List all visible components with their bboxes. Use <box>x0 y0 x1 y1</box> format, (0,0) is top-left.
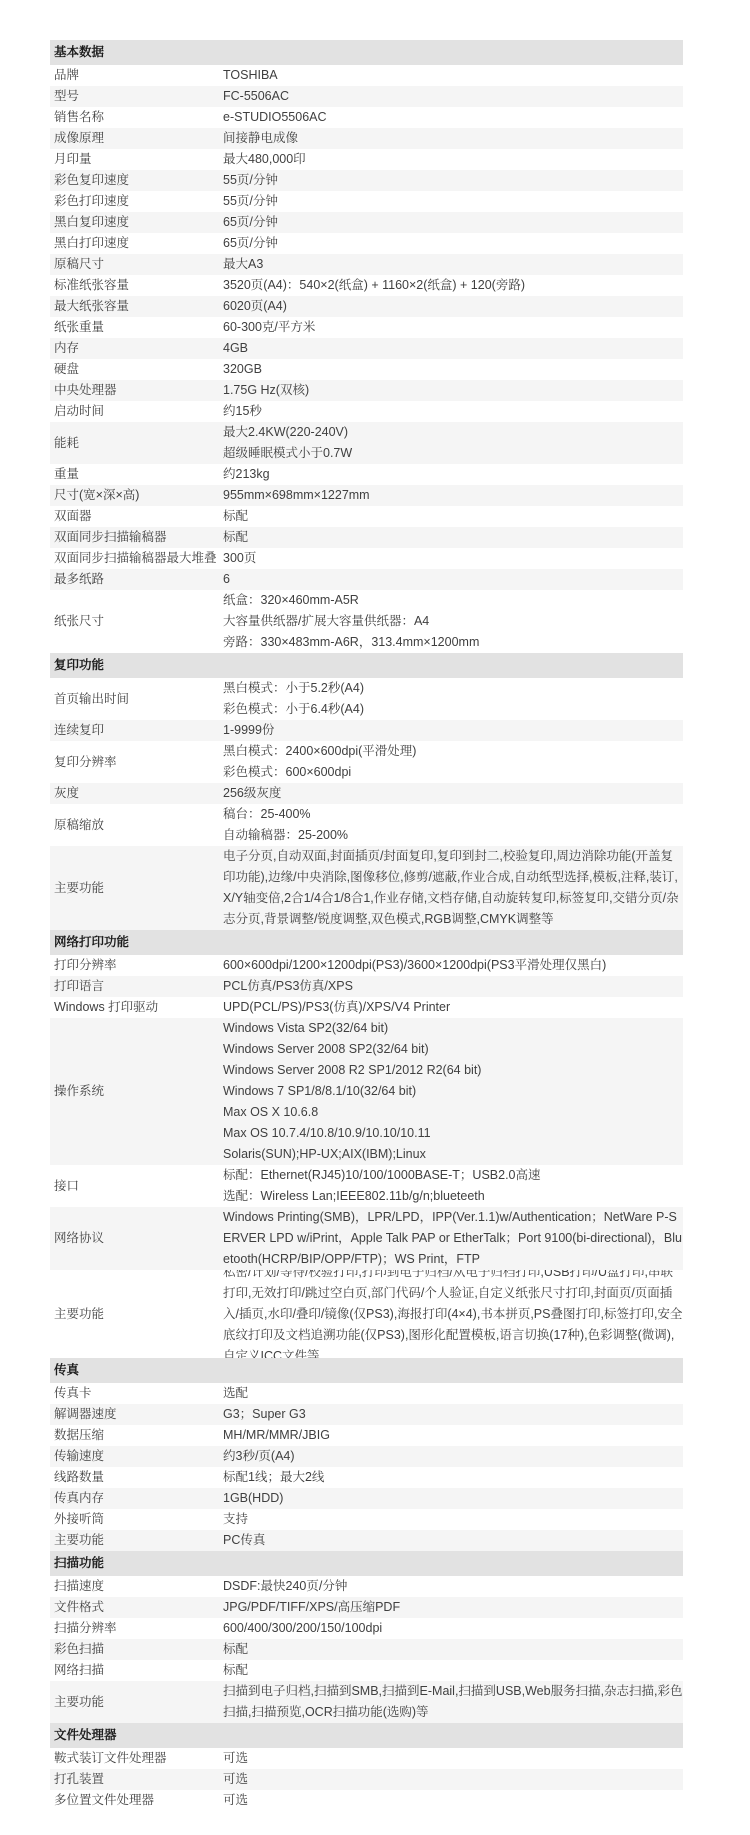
spec-row: 纸张尺寸 纸盒：320×460mm-A5R大容量供纸器/扩展大容量供纸器：A4旁… <box>50 590 683 653</box>
spec-row: 能耗 最大2.4KW(220-240V)超级睡眠模式小于0.7W <box>50 422 683 464</box>
spec-value-line: 标配1线；最大2线 <box>223 1467 683 1488</box>
spec-value-line: 最大480,000印 <box>223 149 683 170</box>
spec-value: 标配 <box>223 506 683 527</box>
spec-row: 打印语言 PCL仿真/PS3仿真/XPS <box>50 976 683 997</box>
spec-value: 55页/分钟 <box>223 191 683 212</box>
spec-value-line: UPD(PCL/PS)/PS3(仿真)/XPS/V4 Printer <box>223 997 683 1018</box>
spec-value: 标配 <box>223 1639 683 1660</box>
spec-value: 黑白模式：2400×600dpi(平滑处理)彩色模式：600×600dpi <box>223 741 683 783</box>
spec-value: 私密/计划/等待/校验打印,打印到电子归档/从电子归档打印,USB打印/U盘打印… <box>223 1270 683 1358</box>
spec-row: 连续复印 1-9999份 <box>50 720 683 741</box>
spec-row: 外接听筒 支持 <box>50 1509 683 1530</box>
spec-value: 可选 <box>223 1769 683 1790</box>
spec-row: 销售名称 e-STUDIO5506AC <box>50 107 683 128</box>
spec-label: 中央处理器 <box>50 380 223 401</box>
spec-value-line: 标配 <box>223 527 683 548</box>
section-rows: 打印分辨率 600×600dpi/1200×1200dpi(PS3)/3600×… <box>50 955 683 1358</box>
spec-value-line: PC传真 <box>223 1530 683 1551</box>
spec-value-line: 55页/分钟 <box>223 170 683 191</box>
spec-label: 型号 <box>50 86 223 107</box>
spec-row: 双面器 标配 <box>50 506 683 527</box>
spec-label: 主要功能 <box>50 846 223 930</box>
spec-row: 文件格式 JPG/PDF/TIFF/XPS/高压缩PDF <box>50 1597 683 1618</box>
spec-section: 复印功能 首页输出时间 黑白模式：小于5.2秒(A4)彩色模式：小于6.4秒(A… <box>50 653 683 930</box>
spec-label: 数据压缩 <box>50 1425 223 1446</box>
section-rows: 鞍式装订文件处理器 可选 打孔装置 可选 多位置文件处理器 可选 <box>50 1748 683 1811</box>
spec-value-line: 间接静电成像 <box>223 128 683 149</box>
spec-label: 文件格式 <box>50 1597 223 1618</box>
spec-row: 灰度 256级灰度 <box>50 783 683 804</box>
spec-row: 数据压缩 MH/MR/MMR/JBIG <box>50 1425 683 1446</box>
spec-row: 月印量 最大480,000印 <box>50 149 683 170</box>
spec-value: 65页/分钟 <box>223 212 683 233</box>
spec-label: 扫描分辨率 <box>50 1618 223 1639</box>
spec-row: 多位置文件处理器 可选 <box>50 1790 683 1811</box>
spec-row: 彩色打印速度 55页/分钟 <box>50 191 683 212</box>
spec-value-line: 纸盒：320×460mm-A5R <box>223 590 683 611</box>
spec-label: 扫描速度 <box>50 1576 223 1597</box>
spec-label: 传真卡 <box>50 1383 223 1404</box>
spec-value-line: FC-5506AC <box>223 86 683 107</box>
spec-label: 标准纸张容量 <box>50 275 223 296</box>
section-header: 文件处理器 <box>50 1723 683 1748</box>
section-title: 传真 <box>54 1363 79 1377</box>
spec-label: 打孔装置 <box>50 1769 223 1790</box>
spec-value: 300页 <box>223 548 683 569</box>
spec-value: 支持 <box>223 1509 683 1530</box>
spec-label: 灰度 <box>50 783 223 804</box>
spec-value-line: 65页/分钟 <box>223 233 683 254</box>
spec-value-line: 1-9999份 <box>223 720 683 741</box>
spec-row: 原稿缩放 稿台：25-400%自动输稿器：25-200% <box>50 804 683 846</box>
spec-row: 扫描速度 DSDF:最快240页/分钟 <box>50 1576 683 1597</box>
spec-value: 约15秒 <box>223 401 683 422</box>
spec-row: 双面同步扫描输稿器最大堆叠 300页 <box>50 548 683 569</box>
spec-row: 硬盘 320GB <box>50 359 683 380</box>
spec-value: 最大2.4KW(220-240V)超级睡眠模式小于0.7W <box>223 422 683 464</box>
spec-label: 外接听筒 <box>50 1509 223 1530</box>
spec-label: 黑白复印速度 <box>50 212 223 233</box>
spec-value: 4GB <box>223 338 683 359</box>
spec-value-line: 最大2.4KW(220-240V) <box>223 422 683 443</box>
spec-row: 网络扫描 标配 <box>50 1660 683 1681</box>
spec-label: 尺寸(宽×深×高) <box>50 485 223 506</box>
spec-value-line: 标配 <box>223 1660 683 1681</box>
spec-value-line: 约15秒 <box>223 401 683 422</box>
spec-value: 纸盒：320×460mm-A5R大容量供纸器/扩展大容量供纸器：A4旁路：330… <box>223 590 683 653</box>
spec-value: 选配 <box>223 1383 683 1404</box>
spec-value-line: 约3秒/页(A4) <box>223 1446 683 1467</box>
spec-value: MH/MR/MMR/JBIG <box>223 1425 683 1446</box>
spec-value: 55页/分钟 <box>223 170 683 191</box>
spec-value-line: 1.75G Hz(双核) <box>223 380 683 401</box>
spec-value-line: PCL仿真/PS3仿真/XPS <box>223 976 683 997</box>
spec-value-line: 可选 <box>223 1769 683 1790</box>
spec-label: 鞍式装订文件处理器 <box>50 1748 223 1769</box>
spec-row: 复印分辨率 黑白模式：2400×600dpi(平滑处理)彩色模式：600×600… <box>50 741 683 783</box>
spec-row: 打孔装置 可选 <box>50 1769 683 1790</box>
spec-label: 主要功能 <box>50 1530 223 1551</box>
spec-row: 彩色复印速度 55页/分钟 <box>50 170 683 191</box>
spec-value-line: 60-300克/平方米 <box>223 317 683 338</box>
spec-value-line: 标配：Ethernet(RJ45)10/100/1000BASE-T；USB2.… <box>223 1165 683 1186</box>
spec-row: 打印分辨率 600×600dpi/1200×1200dpi(PS3)/3600×… <box>50 955 683 976</box>
spec-value-line: 彩色模式：小于6.4秒(A4) <box>223 699 683 720</box>
spec-value: 320GB <box>223 359 683 380</box>
spec-value: 65页/分钟 <box>223 233 683 254</box>
spec-row: 传真卡 选配 <box>50 1383 683 1404</box>
spec-value-line: 选配 <box>223 1383 683 1404</box>
spec-label: 月印量 <box>50 149 223 170</box>
section-header: 复印功能 <box>50 653 683 678</box>
spec-value-line: 65页/分钟 <box>223 212 683 233</box>
spec-label: 操作系统 <box>50 1018 223 1165</box>
spec-value: 约213kg <box>223 464 683 485</box>
spec-section: 网络打印功能 打印分辨率 600×600dpi/1200×1200dpi(PS3… <box>50 930 683 1358</box>
spec-value: 约3秒/页(A4) <box>223 1446 683 1467</box>
spec-row: 双面同步扫描输稿器 标配 <box>50 527 683 548</box>
spec-value-line: Windows Vista SP2(32/64 bit) <box>223 1018 683 1039</box>
spec-row: 主要功能 PC传真 <box>50 1530 683 1551</box>
spec-value: TOSHIBA <box>223 65 683 86</box>
section-rows: 品牌 TOSHIBA 型号 FC-5506AC 销售名称 e-STUDIO550… <box>50 65 683 653</box>
spec-label: 接口 <box>50 1165 223 1207</box>
section-title: 扫描功能 <box>54 1556 104 1570</box>
spec-value-line: 3520页(A4)：540×2(纸盒) + 1160×2(纸盒) + 120(旁… <box>223 275 683 296</box>
spec-value-line: 300页 <box>223 548 683 569</box>
spec-value-line: Max OS X 10.6.8 <box>223 1102 683 1123</box>
spec-row: 成像原理 间接静电成像 <box>50 128 683 149</box>
spec-value: 电子分页,自动双面,封面插页/封面复印,复印到封二,校验复印,周边消除功能(开盖… <box>223 846 683 930</box>
spec-label: 打印分辨率 <box>50 955 223 976</box>
spec-value: 标配 <box>223 527 683 548</box>
section-title: 网络打印功能 <box>54 935 129 949</box>
spec-row: 尺寸(宽×深×高) 955mm×698mm×1227mm <box>50 485 683 506</box>
spec-row: 品牌 TOSHIBA <box>50 65 683 86</box>
spec-value: 标配1线；最大2线 <box>223 1467 683 1488</box>
spec-row: 内存 4GB <box>50 338 683 359</box>
spec-value: 6020页(A4) <box>223 296 683 317</box>
spec-row: 最大纸张容量 6020页(A4) <box>50 296 683 317</box>
spec-row: Windows 打印驱动 UPD(PCL/PS)/PS3(仿真)/XPS/V4 … <box>50 997 683 1018</box>
spec-label: 多位置文件处理器 <box>50 1790 223 1811</box>
spec-row: 中央处理器 1.75G Hz(双核) <box>50 380 683 401</box>
spec-label: 传真内存 <box>50 1488 223 1509</box>
spec-label: 启动时间 <box>50 401 223 422</box>
spec-value: 6 <box>223 569 683 590</box>
spec-value-line: 55页/分钟 <box>223 191 683 212</box>
spec-value-paragraph: Windows Printing(SMB)，LPR/LPD，IPP(Ver.1.… <box>223 1207 683 1270</box>
spec-value: 1GB(HDD) <box>223 1488 683 1509</box>
section-header: 传真 <box>50 1358 683 1383</box>
spec-value: PC传真 <box>223 1530 683 1551</box>
spec-label: 传输速度 <box>50 1446 223 1467</box>
spec-value-line: 600/400/300/200/150/100dpi <box>223 1618 683 1639</box>
spec-value-line: 6 <box>223 569 683 590</box>
spec-section: 基本数据 品牌 TOSHIBA 型号 FC-5506AC 销售名称 e-STUD… <box>50 40 683 653</box>
spec-value: 可选 <box>223 1790 683 1811</box>
section-header: 网络打印功能 <box>50 930 683 955</box>
spec-section: 传真 传真卡 选配 解调器速度 G3；Super G3 数据压缩 MH/MR/M… <box>50 1358 683 1551</box>
section-header: 扫描功能 <box>50 1551 683 1576</box>
spec-value-paragraph: 电子分页,自动双面,封面插页/封面复印,复印到封二,校验复印,周边消除功能(开盖… <box>223 846 683 930</box>
spec-label: 原稿尺寸 <box>50 254 223 275</box>
spec-row: 接口 标配：Ethernet(RJ45)10/100/1000BASE-T；US… <box>50 1165 683 1207</box>
spec-value: FC-5506AC <box>223 86 683 107</box>
spec-label: 彩色复印速度 <box>50 170 223 191</box>
spec-value-line: Windows 7 SP1/8/8.1/10(32/64 bit) <box>223 1081 683 1102</box>
spec-label: 线路数量 <box>50 1467 223 1488</box>
spec-value: 1.75G Hz(双核) <box>223 380 683 401</box>
spec-label: 最大纸张容量 <box>50 296 223 317</box>
spec-value: Windows Printing(SMB)，LPR/LPD，IPP(Ver.1.… <box>223 1207 683 1270</box>
spec-value-line: JPG/PDF/TIFF/XPS/高压缩PDF <box>223 1597 683 1618</box>
spec-value-line: Solaris(SUN);HP-UX;AIX(IBM);Linux <box>223 1144 683 1165</box>
spec-label: 硬盘 <box>50 359 223 380</box>
spec-label: 黑白打印速度 <box>50 233 223 254</box>
spec-label: 原稿缩放 <box>50 804 223 846</box>
spec-value-line: e-STUDIO5506AC <box>223 107 683 128</box>
spec-label: 彩色打印速度 <box>50 191 223 212</box>
spec-value: 256级灰度 <box>223 783 683 804</box>
spec-label: 品牌 <box>50 65 223 86</box>
spec-label: 解调器速度 <box>50 1404 223 1425</box>
spec-value: Windows Vista SP2(32/64 bit)Windows Serv… <box>223 1018 683 1165</box>
spec-value-line: 支持 <box>223 1509 683 1530</box>
section-rows: 首页输出时间 黑白模式：小于5.2秒(A4)彩色模式：小于6.4秒(A4) 连续… <box>50 678 683 930</box>
spec-value-line: 1GB(HDD) <box>223 1488 683 1509</box>
spec-row: 最多纸路 6 <box>50 569 683 590</box>
spec-value-line: MH/MR/MMR/JBIG <box>223 1425 683 1446</box>
spec-row: 操作系统 Windows Vista SP2(32/64 bit)Windows… <box>50 1018 683 1165</box>
spec-value-line: 可选 <box>223 1790 683 1811</box>
spec-value-line: 955mm×698mm×1227mm <box>223 485 683 506</box>
spec-value: JPG/PDF/TIFF/XPS/高压缩PDF <box>223 1597 683 1618</box>
spec-label: 网络扫描 <box>50 1660 223 1681</box>
spec-label: 重量 <box>50 464 223 485</box>
spec-row: 扫描分辨率 600/400/300/200/150/100dpi <box>50 1618 683 1639</box>
spec-value-line: TOSHIBA <box>223 65 683 86</box>
section-title: 基本数据 <box>54 45 104 59</box>
spec-label: 首页输出时间 <box>50 678 223 720</box>
spec-row: 主要功能 电子分页,自动双面,封面插页/封面复印,复印到封二,校验复印,周边消除… <box>50 846 683 930</box>
section-title: 文件处理器 <box>54 1728 117 1742</box>
spec-value: 黑白模式：小于5.2秒(A4)彩色模式：小于6.4秒(A4) <box>223 678 683 720</box>
spec-value: UPD(PCL/PS)/PS3(仿真)/XPS/V4 Printer <box>223 997 683 1018</box>
spec-value: 可选 <box>223 1748 683 1769</box>
spec-label: 主要功能 <box>50 1681 223 1723</box>
spec-value-line: 稿台：25-400% <box>223 804 683 825</box>
spec-value: 标配 <box>223 1660 683 1681</box>
spec-value-line: Max OS 10.7.4/10.8/10.9/10.10/10.11 <box>223 1123 683 1144</box>
spec-value: 600×600dpi/1200×1200dpi(PS3)/3600×1200dp… <box>223 955 683 976</box>
spec-row: 传输速度 约3秒/页(A4) <box>50 1446 683 1467</box>
spec-label: 网络协议 <box>50 1207 223 1270</box>
spec-value-line: 大容量供纸器/扩展大容量供纸器：A4 <box>223 611 683 632</box>
spec-label: 成像原理 <box>50 128 223 149</box>
spec-value-line: 黑白模式：小于5.2秒(A4) <box>223 678 683 699</box>
spec-label: 最多纸路 <box>50 569 223 590</box>
spec-value-line: 256级灰度 <box>223 783 683 804</box>
spec-row: 标准纸张容量 3520页(A4)：540×2(纸盒) + 1160×2(纸盒) … <box>50 275 683 296</box>
spec-value: 3520页(A4)：540×2(纸盒) + 1160×2(纸盒) + 120(旁… <box>223 275 683 296</box>
spec-value: 间接静电成像 <box>223 128 683 149</box>
spec-row: 网络协议 Windows Printing(SMB)，LPR/LPD，IPP(V… <box>50 1207 683 1270</box>
spec-row: 纸张重量 60-300克/平方米 <box>50 317 683 338</box>
spec-value: DSDF:最快240页/分钟 <box>223 1576 683 1597</box>
spec-value: G3；Super G3 <box>223 1404 683 1425</box>
spec-label: 纸张重量 <box>50 317 223 338</box>
spec-value-line: Windows Server 2008 R2 SP1/2012 R2(64 bi… <box>223 1060 683 1081</box>
spec-value-line: G3；Super G3 <box>223 1404 683 1425</box>
spec-value: e-STUDIO5506AC <box>223 107 683 128</box>
spec-row: 主要功能 扫描到电子归档,扫描到SMB,扫描到E-Mail,扫描到USB,Web… <box>50 1681 683 1723</box>
spec-label: 销售名称 <box>50 107 223 128</box>
spec-value-line: 旁路：330×483mm-A6R，313.4mm×1200mm <box>223 632 683 653</box>
section-rows: 扫描速度 DSDF:最快240页/分钟 文件格式 JPG/PDF/TIFF/XP… <box>50 1576 683 1723</box>
spec-label: 内存 <box>50 338 223 359</box>
spec-value-line: 标配 <box>223 1639 683 1660</box>
spec-value-line: 6020页(A4) <box>223 296 683 317</box>
spec-row: 黑白复印速度 65页/分钟 <box>50 212 683 233</box>
spec-value-line: 4GB <box>223 338 683 359</box>
section-header: 基本数据 <box>50 40 683 65</box>
spec-table: 基本数据 品牌 TOSHIBA 型号 FC-5506AC 销售名称 e-STUD… <box>50 40 683 1811</box>
spec-value-line: 600×600dpi/1200×1200dpi(PS3)/3600×1200dp… <box>223 955 683 976</box>
spec-label: 双面同步扫描输稿器最大堆叠 <box>50 548 223 569</box>
spec-label: 纸张尺寸 <box>50 590 223 653</box>
spec-row: 主要功能 私密/计划/等待/校验打印,打印到电子归档/从电子归档打印,USB打印… <box>50 1270 683 1358</box>
spec-value: 最大A3 <box>223 254 683 275</box>
section-title: 复印功能 <box>54 658 104 672</box>
spec-value-line: DSDF:最快240页/分钟 <box>223 1576 683 1597</box>
spec-value: 1-9999份 <box>223 720 683 741</box>
spec-label: 打印语言 <box>50 976 223 997</box>
spec-value-paragraph: 扫描到电子归档,扫描到SMB,扫描到E-Mail,扫描到USB,Web服务扫描,… <box>223 1681 683 1723</box>
spec-value-paragraph: 私密/计划/等待/校验打印,打印到电子归档/从电子归档打印,USB打印/U盘打印… <box>223 1270 683 1358</box>
spec-label: 彩色扫描 <box>50 1639 223 1660</box>
section-rows: 传真卡 选配 解调器速度 G3；Super G3 数据压缩 MH/MR/MMR/… <box>50 1383 683 1551</box>
spec-value: 60-300克/平方米 <box>223 317 683 338</box>
spec-label: 连续复印 <box>50 720 223 741</box>
spec-value: 最大480,000印 <box>223 149 683 170</box>
spec-row: 线路数量 标配1线；最大2线 <box>50 1467 683 1488</box>
spec-row: 鞍式装订文件处理器 可选 <box>50 1748 683 1769</box>
spec-label: 双面器 <box>50 506 223 527</box>
spec-section: 文件处理器 鞍式装订文件处理器 可选 打孔装置 可选 多位置文件处理器 可选 <box>50 1723 683 1811</box>
spec-label: 能耗 <box>50 422 223 464</box>
spec-value-line: 彩色模式：600×600dpi <box>223 762 683 783</box>
spec-value-line: Windows Server 2008 SP2(32/64 bit) <box>223 1039 683 1060</box>
spec-label: 主要功能 <box>50 1270 223 1358</box>
spec-row: 解调器速度 G3；Super G3 <box>50 1404 683 1425</box>
spec-section: 扫描功能 扫描速度 DSDF:最快240页/分钟 文件格式 JPG/PDF/TI… <box>50 1551 683 1723</box>
spec-value-line: 320GB <box>223 359 683 380</box>
spec-label: 双面同步扫描输稿器 <box>50 527 223 548</box>
spec-value: 600/400/300/200/150/100dpi <box>223 1618 683 1639</box>
spec-value: 扫描到电子归档,扫描到SMB,扫描到E-Mail,扫描到USB,Web服务扫描,… <box>223 1681 683 1723</box>
spec-row: 传真内存 1GB(HDD) <box>50 1488 683 1509</box>
spec-value-line: 黑白模式：2400×600dpi(平滑处理) <box>223 741 683 762</box>
spec-value-line: 自动输稿器：25-200% <box>223 825 683 846</box>
spec-value-line: 可选 <box>223 1748 683 1769</box>
spec-label: 复印分辨率 <box>50 741 223 783</box>
spec-value-line: 选配：Wireless Lan;IEEE802.11b/g/n;blueteet… <box>223 1186 683 1207</box>
spec-value-line: 超级睡眠模式小于0.7W <box>223 443 683 464</box>
spec-value: 标配：Ethernet(RJ45)10/100/1000BASE-T；USB2.… <box>223 1165 683 1207</box>
spec-value-line: 约213kg <box>223 464 683 485</box>
spec-value: 955mm×698mm×1227mm <box>223 485 683 506</box>
spec-row: 彩色扫描 标配 <box>50 1639 683 1660</box>
spec-row: 黑白打印速度 65页/分钟 <box>50 233 683 254</box>
spec-row: 启动时间 约15秒 <box>50 401 683 422</box>
spec-row: 首页输出时间 黑白模式：小于5.2秒(A4)彩色模式：小于6.4秒(A4) <box>50 678 683 720</box>
spec-row: 型号 FC-5506AC <box>50 86 683 107</box>
spec-value-line: 标配 <box>223 506 683 527</box>
spec-value-line: 最大A3 <box>223 254 683 275</box>
spec-row: 重量 约213kg <box>50 464 683 485</box>
spec-value: PCL仿真/PS3仿真/XPS <box>223 976 683 997</box>
spec-label: Windows 打印驱动 <box>50 997 223 1018</box>
spec-value: 稿台：25-400%自动输稿器：25-200% <box>223 804 683 846</box>
spec-row: 原稿尺寸 最大A3 <box>50 254 683 275</box>
